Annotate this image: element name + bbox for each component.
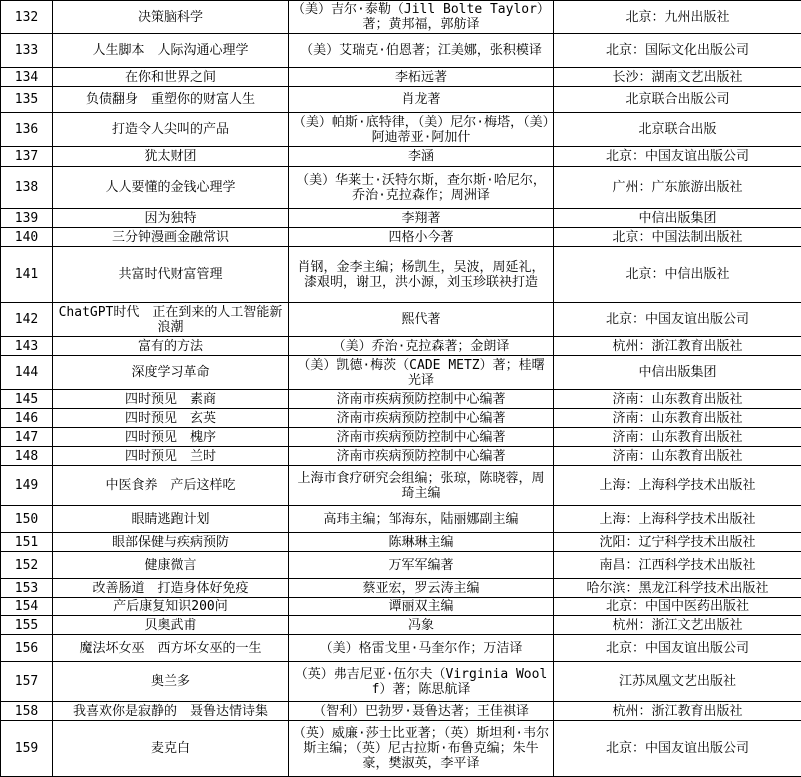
author-cell: 陈琳琳主编 bbox=[289, 533, 554, 552]
row-number-cell: 132 bbox=[1, 1, 53, 34]
table-row: 149中医食养 产后这样吃上海市食疗研究会组编；张琼，陈晓蓉，周琦主编上海：上海… bbox=[1, 466, 801, 506]
publisher-cell: 北京：中国中医药出版社 bbox=[554, 598, 801, 616]
row-number-cell: 155 bbox=[1, 616, 53, 635]
author-cell: （美）帕斯·底特律，（美）尼尔·梅塔，（美）阿迪蒂亚·阿加什 bbox=[289, 113, 554, 147]
book-list-table: 132决策脑科学（美）吉尔·泰勒（Jill Bolte Taylor）著；黄邦福… bbox=[0, 0, 801, 777]
publisher-cell: 沈阳：辽宁科学技术出版社 bbox=[554, 533, 801, 552]
publisher-cell: 杭州：浙江教育出版社 bbox=[554, 702, 801, 721]
publisher-cell: 北京：中信出版社 bbox=[554, 247, 801, 303]
author-cell: 肖龙著 bbox=[289, 87, 554, 113]
publisher-cell: 中信出版集团 bbox=[554, 356, 801, 390]
row-number-cell: 149 bbox=[1, 466, 53, 506]
row-number-cell: 152 bbox=[1, 552, 53, 579]
title-cell: 魔法坏女巫 西方坏女巫的一生 bbox=[53, 635, 289, 662]
table-row: 152健康微言万军军编著南昌：江西科学技术出版社 bbox=[1, 552, 801, 579]
publisher-cell: 北京：中国友谊出版公司 bbox=[554, 721, 801, 777]
table-row: 159麦克白（英）威廉·莎士比亚著；（英）斯坦利·韦尔斯主编；（英）尼古拉斯·布… bbox=[1, 721, 801, 777]
table-row: 150眼睛逃跑计划高玮主编；邹海东，陆丽娜副主编上海：上海科学技术出版社 bbox=[1, 506, 801, 533]
title-cell: 我喜欢你是寂静的 聂鲁达情诗集 bbox=[53, 702, 289, 721]
row-number-cell: 133 bbox=[1, 34, 53, 68]
table-row: 138人人要懂的金钱心理学（美）华莱士·沃特尔斯，查尔斯·哈尼尔，乔治·克拉森作… bbox=[1, 167, 801, 209]
title-cell: 四时预见 玄英 bbox=[53, 409, 289, 428]
publisher-cell: 杭州：浙江教育出版社 bbox=[554, 337, 801, 356]
title-cell: 眼部保健与疾病预防 bbox=[53, 533, 289, 552]
author-cell: 万军军编著 bbox=[289, 552, 554, 579]
publisher-cell: 杭州：浙江文艺出版社 bbox=[554, 616, 801, 635]
table-row: 158我喜欢你是寂静的 聂鲁达情诗集（智利）巴勃罗·聂鲁达著；王佳祺译杭州：浙江… bbox=[1, 702, 801, 721]
table-row: 145四时预见 素商济南市疾病预防控制中心编著济南：山东教育出版社 bbox=[1, 390, 801, 409]
table-row: 135负债翻身 重塑你的财富人生肖龙著北京联合出版公司 bbox=[1, 87, 801, 113]
book-list-body: 132决策脑科学（美）吉尔·泰勒（Jill Bolte Taylor）著；黄邦福… bbox=[1, 1, 801, 777]
table-row: 155贝奥武甫冯象杭州：浙江文艺出版社 bbox=[1, 616, 801, 635]
author-cell: 李柘远著 bbox=[289, 68, 554, 87]
publisher-cell: 北京：中国友谊出版公司 bbox=[554, 303, 801, 337]
author-cell: 济南市疾病预防控制中心编著 bbox=[289, 390, 554, 409]
publisher-cell: 北京：中国法制出版社 bbox=[554, 228, 801, 247]
row-number-cell: 153 bbox=[1, 579, 53, 598]
title-cell: 人生脚本 人际沟通心理学 bbox=[53, 34, 289, 68]
title-cell: 产后康复知识200问 bbox=[53, 598, 289, 616]
author-cell: 李涵 bbox=[289, 147, 554, 167]
author-cell: 谭丽双主编 bbox=[289, 598, 554, 616]
title-cell: 中医食养 产后这样吃 bbox=[53, 466, 289, 506]
table-row: 156魔法坏女巫 西方坏女巫的一生（美）格雷戈里·马奎尔作；万洁译北京：中国友谊… bbox=[1, 635, 801, 662]
author-cell: 李翔著 bbox=[289, 209, 554, 228]
author-cell: 四格小今著 bbox=[289, 228, 554, 247]
row-number-cell: 139 bbox=[1, 209, 53, 228]
table-row: 132决策脑科学（美）吉尔·泰勒（Jill Bolte Taylor）著；黄邦福… bbox=[1, 1, 801, 34]
publisher-cell: 北京：国际文化出版公司 bbox=[554, 34, 801, 68]
row-number-cell: 148 bbox=[1, 447, 53, 466]
row-number-cell: 150 bbox=[1, 506, 53, 533]
author-cell: （美）吉尔·泰勒（Jill Bolte Taylor）著；黄邦福，郭舫译 bbox=[289, 1, 554, 34]
table-row: 146四时预见 玄英济南市疾病预防控制中心编著济南：山东教育出版社 bbox=[1, 409, 801, 428]
publisher-cell: 哈尔滨：黑龙江科学技术出版社 bbox=[554, 579, 801, 598]
title-cell: ChatGPT时代 正在到来的人工智能新浪潮 bbox=[53, 303, 289, 337]
publisher-cell: 北京：中国友谊出版公司 bbox=[554, 635, 801, 662]
author-cell: 高玮主编；邹海东，陆丽娜副主编 bbox=[289, 506, 554, 533]
title-cell: 负债翻身 重塑你的财富人生 bbox=[53, 87, 289, 113]
row-number-cell: 141 bbox=[1, 247, 53, 303]
author-cell: 肖钢，金李主编；杨凯生，吴波，周延礼，漆艰明，谢卫，洪小源，刘玉珍联袂打造 bbox=[289, 247, 554, 303]
table-row: 151眼部保健与疾病预防陈琳琳主编沈阳：辽宁科学技术出版社 bbox=[1, 533, 801, 552]
row-number-cell: 137 bbox=[1, 147, 53, 167]
title-cell: 三分钟漫画金融常识 bbox=[53, 228, 289, 247]
author-cell: 蔡亚宏，罗云涛主编 bbox=[289, 579, 554, 598]
publisher-cell: 济南：山东教育出版社 bbox=[554, 428, 801, 447]
publisher-cell: 济南：山东教育出版社 bbox=[554, 390, 801, 409]
table-row: 153改善肠道 打造身体好免疫蔡亚宏，罗云涛主编哈尔滨：黑龙江科学技术出版社 bbox=[1, 579, 801, 598]
title-cell: 共富时代财富管理 bbox=[53, 247, 289, 303]
table-row: 139因为独特李翔著中信出版集团 bbox=[1, 209, 801, 228]
title-cell: 决策脑科学 bbox=[53, 1, 289, 34]
publisher-cell: 上海：上海科学技术出版社 bbox=[554, 466, 801, 506]
author-cell: 上海市食疗研究会组编；张琼，陈晓蓉，周琦主编 bbox=[289, 466, 554, 506]
publisher-cell: 江苏凤凰文艺出版社 bbox=[554, 662, 801, 702]
title-cell: 打造令人尖叫的产品 bbox=[53, 113, 289, 147]
row-number-cell: 158 bbox=[1, 702, 53, 721]
row-number-cell: 146 bbox=[1, 409, 53, 428]
table-row: 133人生脚本 人际沟通心理学（美）艾瑞克·伯恩著；江美娜，张积模译北京：国际文… bbox=[1, 34, 801, 68]
row-number-cell: 159 bbox=[1, 721, 53, 777]
publisher-cell: 中信出版集团 bbox=[554, 209, 801, 228]
title-cell: 人人要懂的金钱心理学 bbox=[53, 167, 289, 209]
author-cell: （美）艾瑞克·伯恩著；江美娜，张积模译 bbox=[289, 34, 554, 68]
table-row: 157奥兰多（英）弗吉尼亚·伍尔夫（Virginia Woolf）著；陈思航译江… bbox=[1, 662, 801, 702]
table-row: 140三分钟漫画金融常识四格小今著北京：中国法制出版社 bbox=[1, 228, 801, 247]
row-number-cell: 136 bbox=[1, 113, 53, 147]
publisher-cell: 济南：山东教育出版社 bbox=[554, 447, 801, 466]
row-number-cell: 135 bbox=[1, 87, 53, 113]
publisher-cell: 北京联合出版 bbox=[554, 113, 801, 147]
publisher-cell: 广州：广东旅游出版社 bbox=[554, 167, 801, 209]
author-cell: （英）弗吉尼亚·伍尔夫（Virginia Woolf）著；陈思航译 bbox=[289, 662, 554, 702]
title-cell: 健康微言 bbox=[53, 552, 289, 579]
author-cell: 冯象 bbox=[289, 616, 554, 635]
table-row: 136打造令人尖叫的产品（美）帕斯·底特律，（美）尼尔·梅塔，（美）阿迪蒂亚·阿… bbox=[1, 113, 801, 147]
table-row: 141共富时代财富管理肖钢，金李主编；杨凯生，吴波，周延礼，漆艰明，谢卫，洪小源… bbox=[1, 247, 801, 303]
title-cell: 四时预见 槐序 bbox=[53, 428, 289, 447]
title-cell: 四时预见 素商 bbox=[53, 390, 289, 409]
row-number-cell: 145 bbox=[1, 390, 53, 409]
author-cell: （美）华莱士·沃特尔斯，查尔斯·哈尼尔，乔治·克拉森作；周洲译 bbox=[289, 167, 554, 209]
table-row: 148四时预见 兰时济南市疾病预防控制中心编著济南：山东教育出版社 bbox=[1, 447, 801, 466]
row-number-cell: 142 bbox=[1, 303, 53, 337]
table-row: 143富有的方法（美）乔治·克拉森著；金朗译杭州：浙江教育出版社 bbox=[1, 337, 801, 356]
table-row: 147四时预见 槐序济南市疾病预防控制中心编著济南：山东教育出版社 bbox=[1, 428, 801, 447]
title-cell: 眼睛逃跑计划 bbox=[53, 506, 289, 533]
publisher-cell: 长沙：湖南文艺出版社 bbox=[554, 68, 801, 87]
table-row: 144深度学习革命（美）凯德·梅茨（CADE METZ）著；桂曙光译中信出版集团 bbox=[1, 356, 801, 390]
author-cell: （智利）巴勃罗·聂鲁达著；王佳祺译 bbox=[289, 702, 554, 721]
title-cell: 贝奥武甫 bbox=[53, 616, 289, 635]
publisher-cell: 南昌：江西科学技术出版社 bbox=[554, 552, 801, 579]
row-number-cell: 144 bbox=[1, 356, 53, 390]
table-row: 134在你和世界之间李柘远著长沙：湖南文艺出版社 bbox=[1, 68, 801, 87]
title-cell: 深度学习革命 bbox=[53, 356, 289, 390]
author-cell: （美）格雷戈里·马奎尔作；万洁译 bbox=[289, 635, 554, 662]
author-cell: 济南市疾病预防控制中心编著 bbox=[289, 447, 554, 466]
title-cell: 四时预见 兰时 bbox=[53, 447, 289, 466]
row-number-cell: 154 bbox=[1, 598, 53, 616]
author-cell: 济南市疾病预防控制中心编著 bbox=[289, 409, 554, 428]
title-cell: 犹太财团 bbox=[53, 147, 289, 167]
row-number-cell: 151 bbox=[1, 533, 53, 552]
publisher-cell: 上海：上海科学技术出版社 bbox=[554, 506, 801, 533]
author-cell: 熙代著 bbox=[289, 303, 554, 337]
author-cell: （美）凯德·梅茨（CADE METZ）著；桂曙光译 bbox=[289, 356, 554, 390]
row-number-cell: 157 bbox=[1, 662, 53, 702]
row-number-cell: 143 bbox=[1, 337, 53, 356]
publisher-cell: 北京：九州出版社 bbox=[554, 1, 801, 34]
title-cell: 奥兰多 bbox=[53, 662, 289, 702]
table-row: 154产后康复知识200问谭丽双主编北京：中国中医药出版社 bbox=[1, 598, 801, 616]
title-cell: 富有的方法 bbox=[53, 337, 289, 356]
row-number-cell: 147 bbox=[1, 428, 53, 447]
author-cell: （英）威廉·莎士比亚著；（英）斯坦利·韦尔斯主编；（英）尼古拉斯·布鲁克编；朱牛… bbox=[289, 721, 554, 777]
row-number-cell: 134 bbox=[1, 68, 53, 87]
publisher-cell: 济南：山东教育出版社 bbox=[554, 409, 801, 428]
table-row: 137犹太财团李涵北京：中国友谊出版公司 bbox=[1, 147, 801, 167]
row-number-cell: 156 bbox=[1, 635, 53, 662]
publisher-cell: 北京联合出版公司 bbox=[554, 87, 801, 113]
title-cell: 因为独特 bbox=[53, 209, 289, 228]
row-number-cell: 138 bbox=[1, 167, 53, 209]
table-row: 142ChatGPT时代 正在到来的人工智能新浪潮熙代著北京：中国友谊出版公司 bbox=[1, 303, 801, 337]
author-cell: 济南市疾病预防控制中心编著 bbox=[289, 428, 554, 447]
title-cell: 在你和世界之间 bbox=[53, 68, 289, 87]
author-cell: （美）乔治·克拉森著；金朗译 bbox=[289, 337, 554, 356]
title-cell: 麦克白 bbox=[53, 721, 289, 777]
title-cell: 改善肠道 打造身体好免疫 bbox=[53, 579, 289, 598]
row-number-cell: 140 bbox=[1, 228, 53, 247]
publisher-cell: 北京：中国友谊出版公司 bbox=[554, 147, 801, 167]
